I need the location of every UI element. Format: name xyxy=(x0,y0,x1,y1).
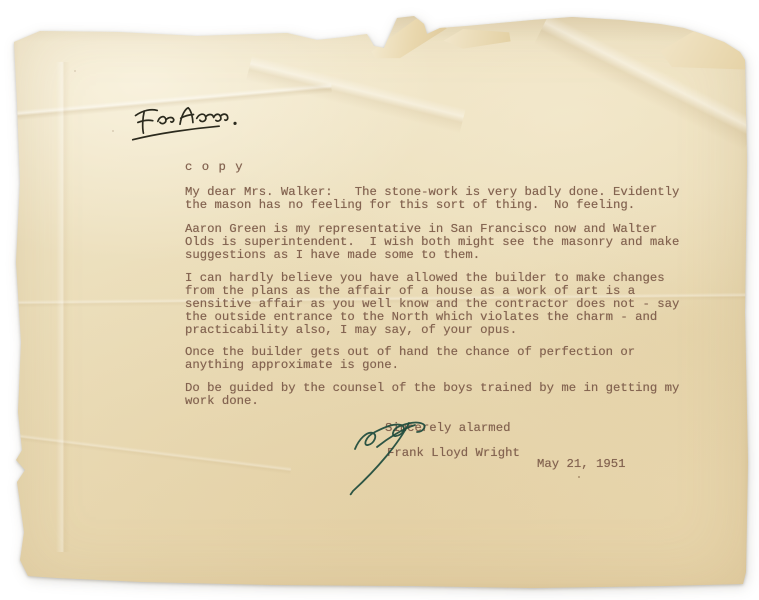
letter-photograph: c o p y My dear Mrs. Walker: The stone-w… xyxy=(0,0,759,600)
crinkled-fold-flap-small xyxy=(442,24,512,52)
letter-paper: c o p y My dear Mrs. Walker: The stone-w… xyxy=(12,12,748,590)
paragraph-2: Aaron Green is my representative in San … xyxy=(185,223,679,262)
paragraph-3: I can hardly believe you have allowed th… xyxy=(185,272,679,337)
paper-speck xyxy=(112,130,114,132)
paper-speck xyxy=(578,476,580,478)
paragraph-1: My dear Mrs. Walker: The stone-work is v… xyxy=(185,186,679,212)
copy-label: c o p y xyxy=(185,161,244,174)
crease-center-fold xyxy=(241,25,474,156)
crinkled-fold-flap xyxy=(364,14,454,62)
letter-line: work done. xyxy=(185,395,679,408)
paper-speck xyxy=(74,70,76,72)
corner-fold-top-right xyxy=(660,20,759,70)
letter-line: anything approximate is gone. xyxy=(185,359,635,372)
paragraph-5: Do be guided by the counsel of the boys … xyxy=(185,382,679,408)
letter-line: the mason has no feeling for this sort o… xyxy=(185,199,679,212)
crease-top-right xyxy=(518,0,759,183)
letter-date: May 21, 1951 xyxy=(537,458,626,471)
letter-line: suggestions as I have made some to them. xyxy=(185,249,679,262)
signature xyxy=(347,417,457,512)
crease-vertical-left xyxy=(56,62,70,552)
handwritten-annotation xyxy=(121,97,248,151)
crease-bottom-left xyxy=(0,422,292,480)
paragraph-4: Once the builder gets out of hand the ch… xyxy=(185,346,635,372)
paper-shadow-wrap: c o p y My dear Mrs. Walker: The stone-w… xyxy=(0,0,759,600)
letter-line: Do be guided by the counsel of the boys … xyxy=(185,382,679,395)
letter-line: practicability also, I may say, of your … xyxy=(185,324,679,337)
top-edge-shading xyxy=(12,12,748,42)
